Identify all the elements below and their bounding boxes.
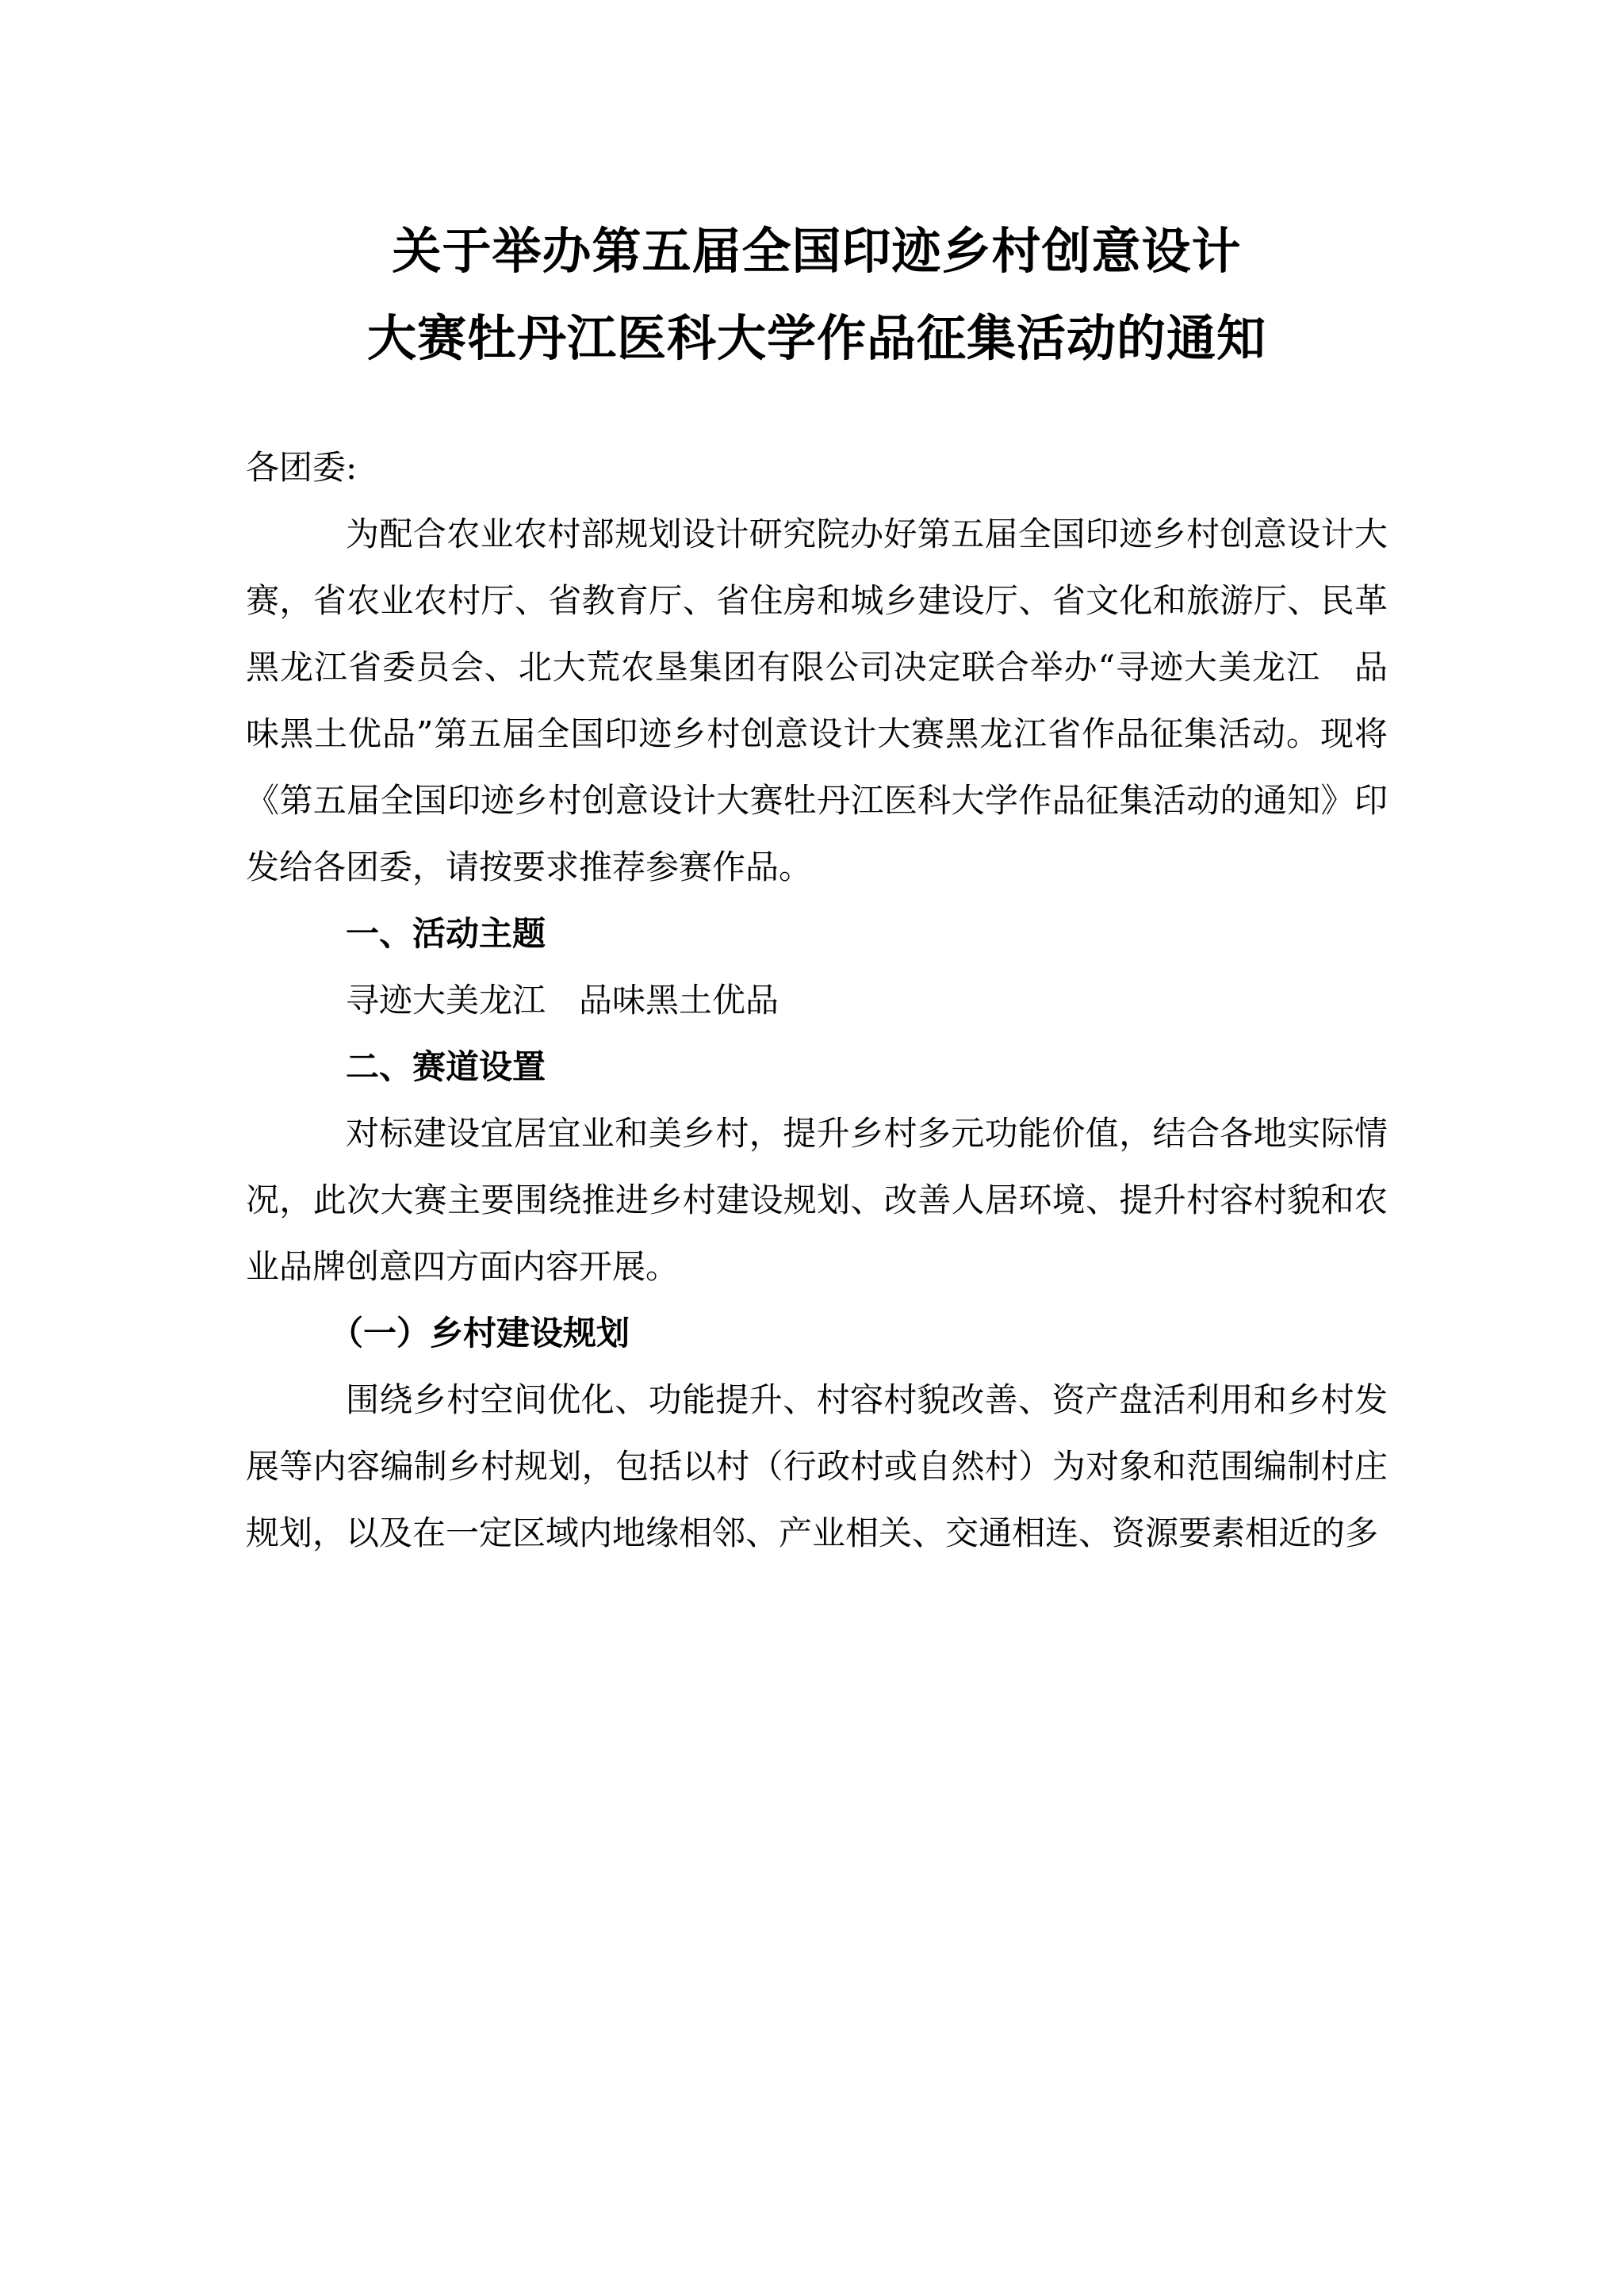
intro-paragraph: 为配合农业农村部规划设计研究院办好第五届全国印迹乡村创意设计大赛，省农业农村厅、… xyxy=(246,501,1388,901)
document-title-line-1: 关于举办第五届全国印迹乡村创意设计 xyxy=(246,208,1388,295)
document-title-line-2: 大赛牡丹江医科大学作品征集活动的通知 xyxy=(246,295,1388,382)
section-body-theme: 寻迹大美龙江 品味黑土优品 xyxy=(246,967,1388,1034)
section-heading-tracks: 二、赛道设置 xyxy=(246,1034,1388,1100)
section-body-tracks: 对标建设宜居宜业和美乡村，提升乡村多元功能价值，结合各地实际情况，此次大赛主要围… xyxy=(246,1100,1388,1300)
salutation: 各团委: xyxy=(246,434,1388,501)
section-heading-theme: 一、活动主题 xyxy=(246,901,1388,967)
subsection-heading-rural-planning: （一）乡村建设规划 xyxy=(246,1300,1388,1367)
document-body: 各团委: 为配合农业农村部规划设计研究院办好第五届全国印迹乡村创意设计大赛，省农… xyxy=(246,434,1388,1567)
subsection-body-rural-planning: 围绕乡村空间优化、功能提升、村容村貌改善、资产盘活利用和乡村发展等内容编制乡村规… xyxy=(246,1367,1388,1567)
